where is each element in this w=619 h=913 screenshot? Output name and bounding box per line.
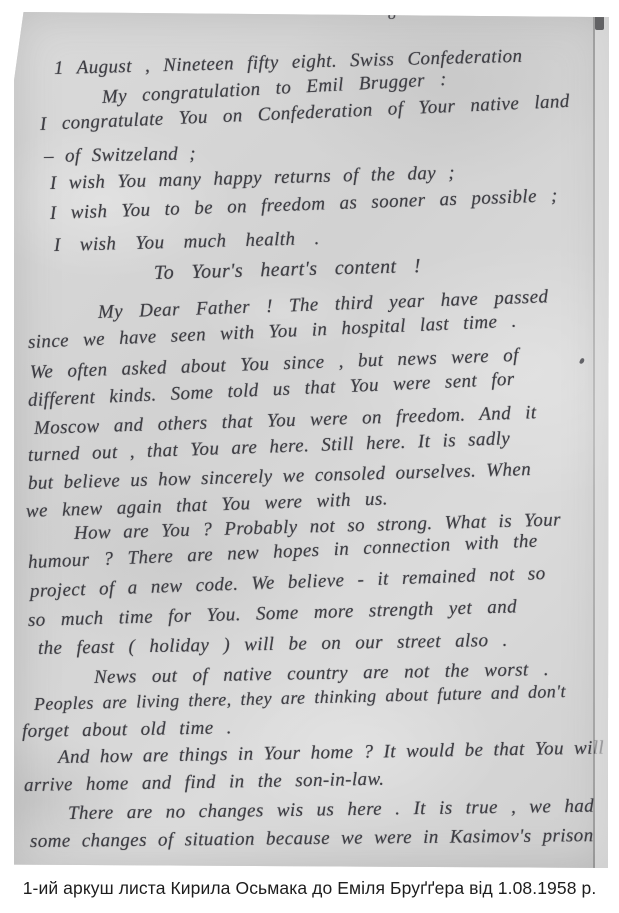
letter-line: so much time for You. Some more strength…: [28, 596, 518, 632]
binding-shadow-mark: [595, 14, 604, 30]
letter-line: I wish You much health .: [54, 228, 320, 257]
letter-line: the feast ( holiday ) will be on our str…: [38, 630, 508, 660]
figure-caption: 1-ий аркуш листа Кирила Осьмака до Еміля…: [0, 878, 619, 899]
letter-line: There are no changes wis us here . It is…: [68, 796, 594, 825]
ink-speck: [579, 357, 585, 364]
scan-edge-strip: [595, 12, 609, 868]
letter-line: To Your's heart's content !: [154, 255, 422, 285]
letter-scan-figure: 8 1 August , Nineteen fifty eight. Swiss…: [0, 0, 619, 913]
letter-line: And how are things in Your home ? It wou…: [58, 737, 605, 769]
page-edge-line: [593, 12, 595, 868]
letter-line: 1 August , Nineteen fifty eight. Swiss C…: [54, 46, 523, 80]
letter-line: some changes of situation because we wer…: [30, 825, 594, 853]
page-number: 8: [388, 6, 396, 24]
letter-line: arrive home and find in the son-in-law.: [24, 769, 385, 797]
letter-line: – of Switzeland ;: [44, 143, 196, 168]
scanned-letter-page: 8 1 August , Nineteen fifty eight. Swiss…: [14, 12, 609, 868]
letter-line: forget about old time .: [22, 717, 232, 743]
